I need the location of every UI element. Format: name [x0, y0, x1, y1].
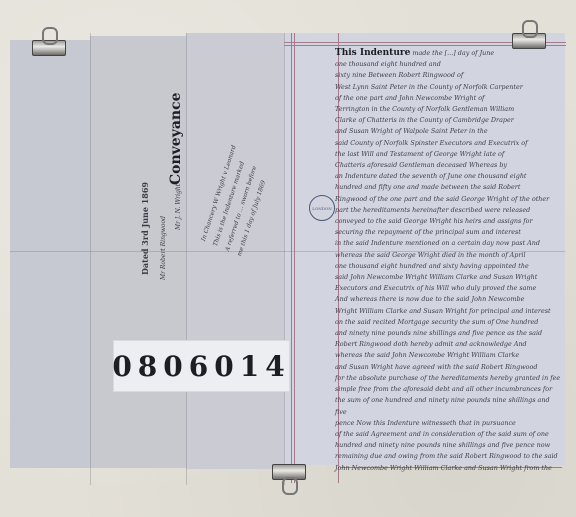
body-line: one thousand eight hundred and [335, 59, 563, 70]
margin-rule [291, 33, 292, 483]
margin-rule [294, 33, 295, 483]
fold-panel-1 [10, 40, 90, 468]
body-line: John Newcombe Wright William Clarke and … [335, 463, 563, 474]
duty-stamp: LONDON [309, 195, 335, 221]
backing-title: Conveyance [168, 92, 184, 185]
backing-party: Mr Robert Ringwood [160, 216, 167, 280]
body-line: and Susan Wright of Walpole Saint Peter … [335, 126, 563, 137]
body-line: hundred and fifty one and made between t… [335, 182, 563, 193]
body-line: and ninety nine pounds nine shillings an… [335, 328, 563, 339]
body-line: the last Will and Testament of George Wr… [335, 149, 563, 160]
body-line: Robert Ringwood doth hereby admit and ac… [335, 339, 563, 350]
body-line: securing the repayment of the principal … [335, 227, 563, 238]
body-line: Terrington in the County of Norfolk Gent… [335, 104, 563, 115]
body-line: said County of Norfolk Spinster Executor… [335, 138, 563, 149]
body-line: of the one part and John Newcombe Wright… [335, 93, 563, 104]
binder-clip [272, 464, 306, 480]
fold-line [284, 33, 285, 485]
body-line: whereas the said John Newcombe Wright Wi… [335, 350, 563, 361]
indenture-heading: This Indenture made the [...] day of Jun… [335, 48, 563, 59]
body-line: sixty nine Between Robert Ringwood of [335, 70, 563, 81]
body-line: in the said Indenture mentioned on a cer… [335, 238, 563, 249]
body-line: Ringwood of the one part and the said Ge… [335, 194, 563, 205]
body-line: whereas the said George Wright died in t… [335, 250, 563, 261]
fold-line [186, 33, 187, 485]
body-line: Executors and Executrix of his Will who … [335, 283, 563, 294]
body-line: of the said Agreement and in considerati… [335, 429, 563, 440]
body-line: an Indenture dated the seventh of June o… [335, 171, 563, 182]
body-line: hundred and ninety nine pounds nine shil… [335, 440, 563, 451]
fold-line [90, 33, 91, 485]
body-line: Chatteris aforesaid Gentleman deceased W… [335, 160, 563, 171]
body-line: And whereas there is now due to the said… [335, 294, 563, 305]
body-line: West Lynn Saint Peter in the County of N… [335, 82, 563, 93]
body-line: conveyed to the said George Wright his h… [335, 216, 563, 227]
body-line: one thousand eight hundred and sixty hav… [335, 261, 563, 272]
body-line: the sum of one hundred and ninety nine p… [335, 395, 563, 417]
body-line: part the hereditaments hereinafter descr… [335, 205, 563, 216]
backing-dated: Dated 3rd June 1869 [140, 182, 150, 275]
body-line: simple free from the aforesaid debt and … [335, 384, 563, 395]
binder-clip [512, 33, 546, 49]
body-line: for the absolute purchase of the heredit… [335, 373, 563, 384]
body-line: Clarke of Chatteris in the County of Cam… [335, 115, 563, 126]
catalogue-number: 0806014 [112, 350, 290, 383]
body-line: and Susan Wright have agreed with the sa… [335, 362, 563, 373]
body-line: Wright William Clarke and Susan Wright f… [335, 306, 563, 317]
body-line: on the said recited Mortgage security th… [335, 317, 563, 328]
catalogue-number-label: 0806014 [113, 340, 290, 392]
backing-party: Mr J. N. Wright [175, 184, 182, 230]
indenture-body: This Indenture made the [...] day of Jun… [335, 48, 563, 474]
body-line: pence Now this Indenture witnesseth that… [335, 418, 563, 429]
binder-clip [32, 40, 66, 56]
body-line: remaining due and owing from the said Ro… [335, 451, 563, 462]
body-line: said John Newcombe Wright William Clarke… [335, 272, 563, 283]
